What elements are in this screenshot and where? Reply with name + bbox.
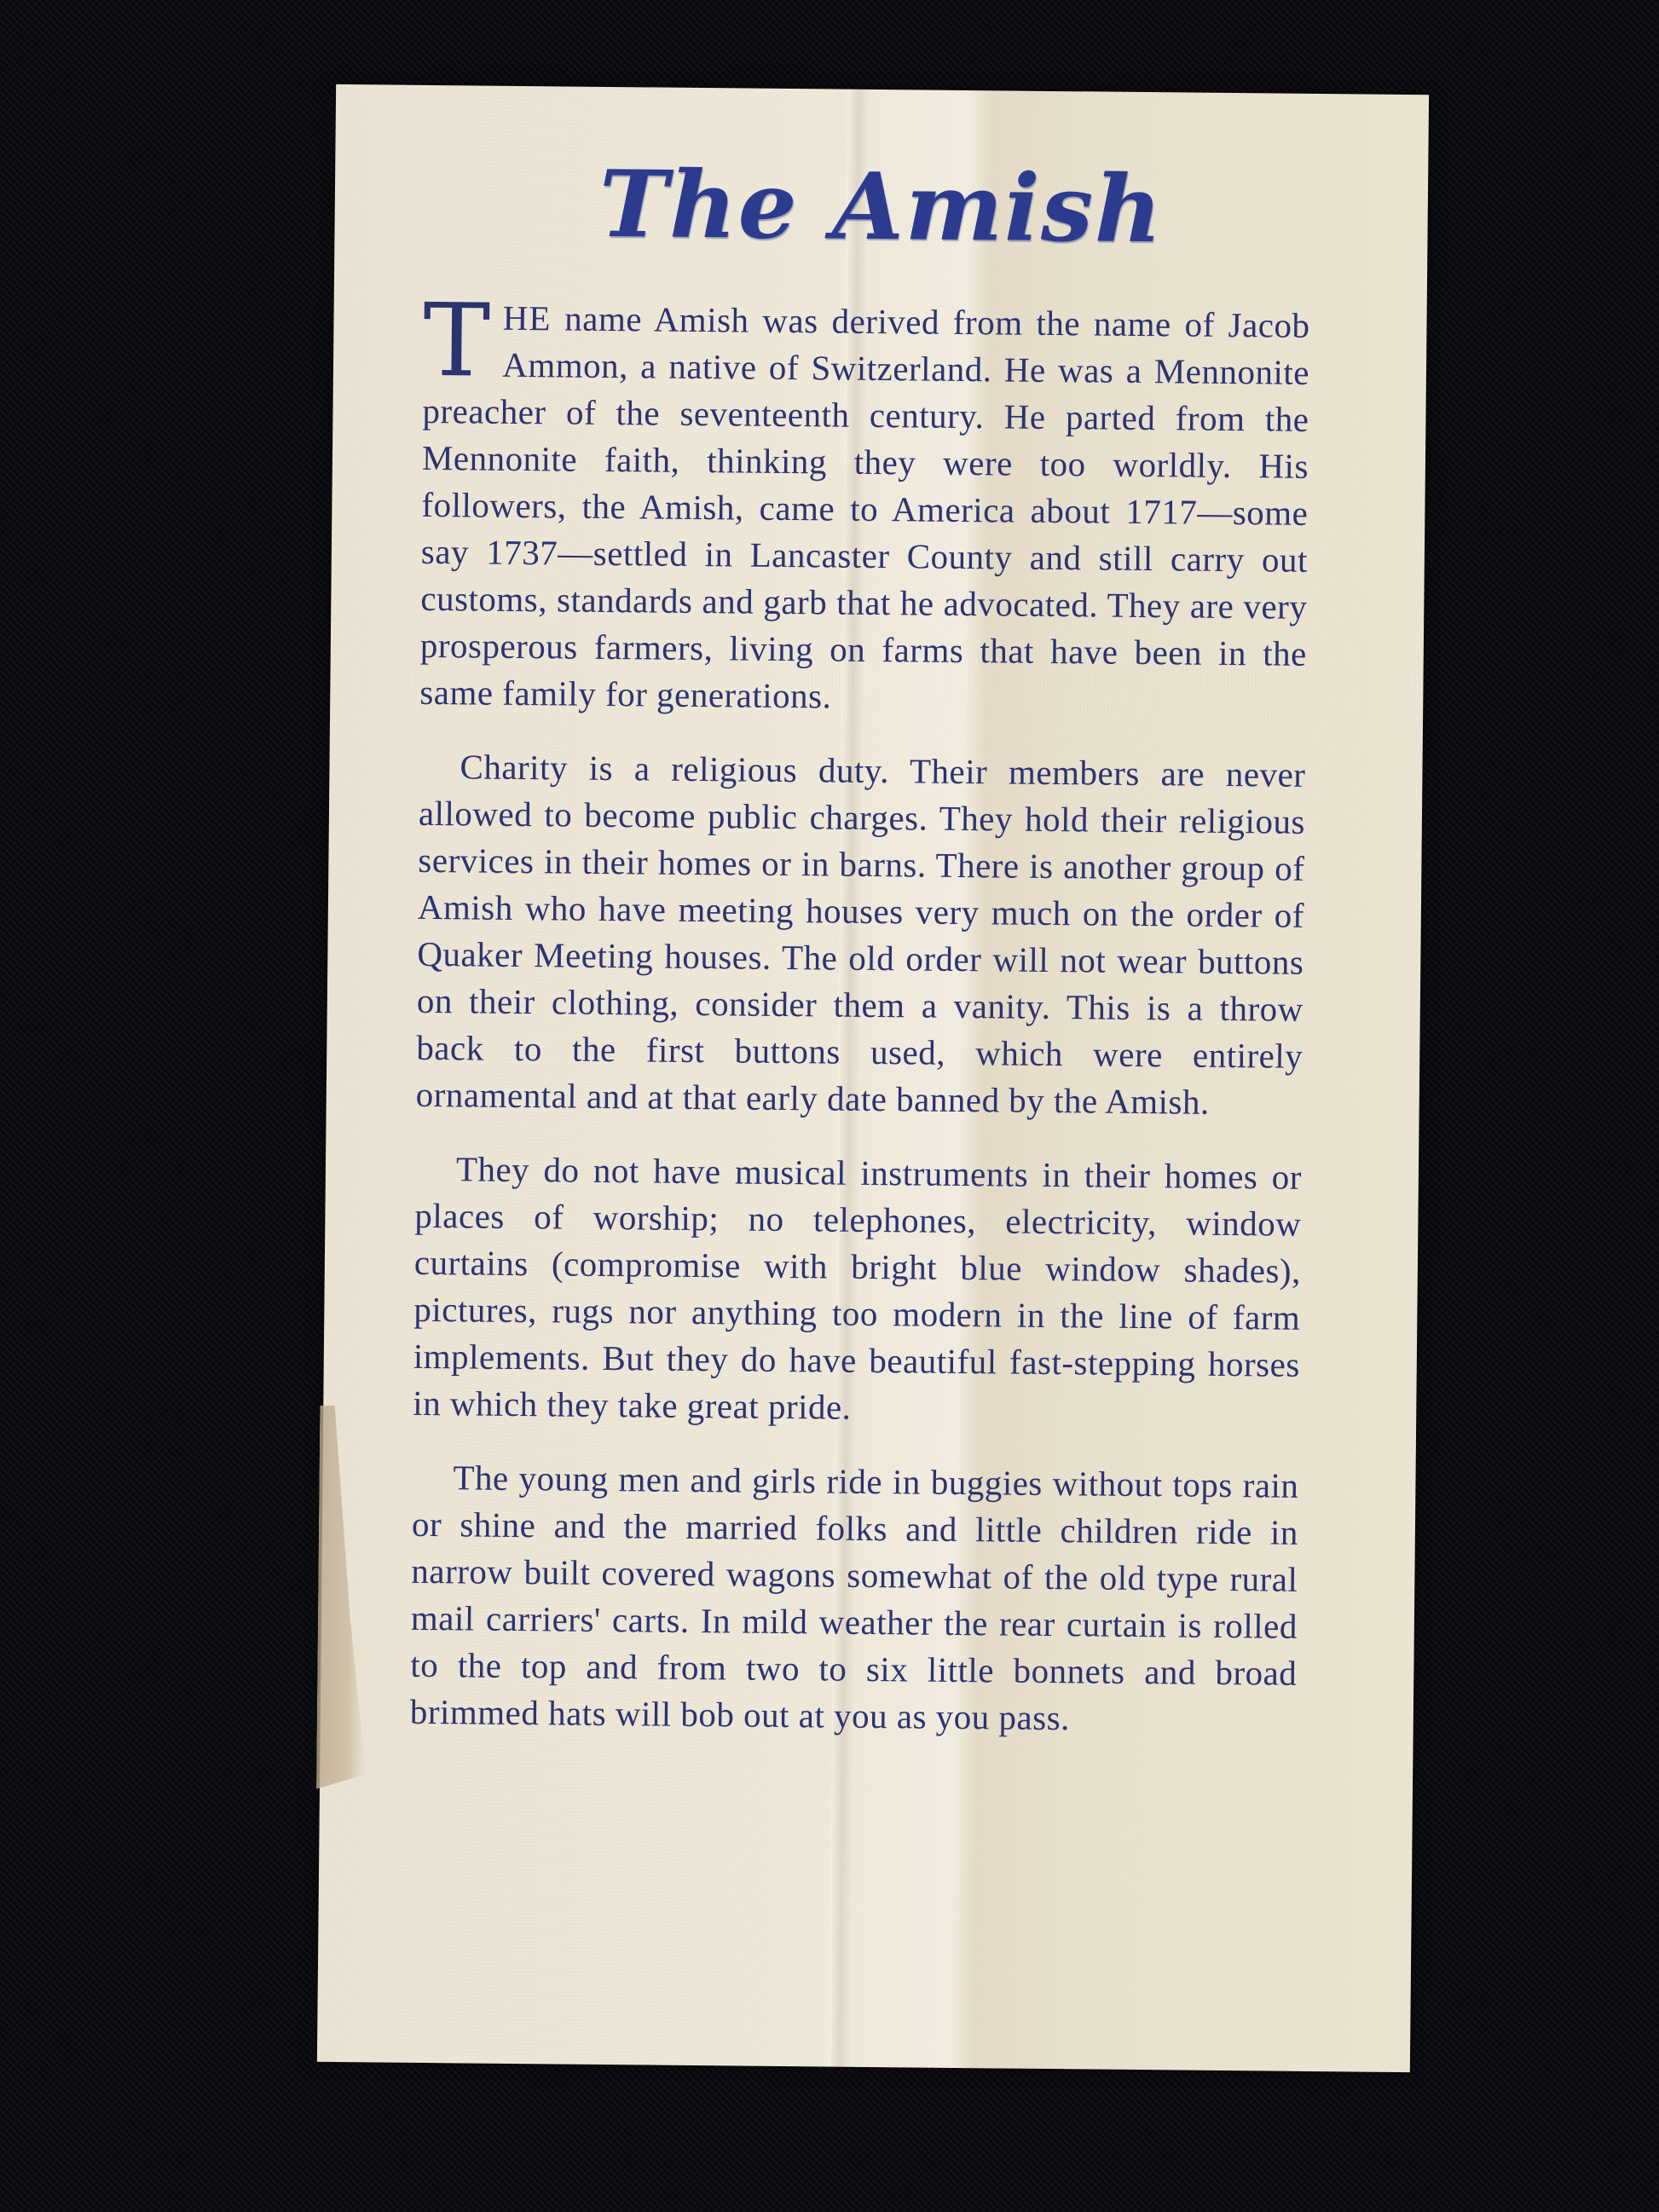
paragraph-text: name Amish was derived from the name of … bbox=[419, 298, 1310, 715]
drop-cap: T bbox=[423, 301, 491, 380]
amish-leaflet: The Amish THE name Amish was derived fro… bbox=[317, 84, 1429, 2072]
paragraph-restrictions: They do not have musical instruments in … bbox=[413, 1146, 1302, 1435]
torn-paper-edge bbox=[316, 1406, 369, 1790]
paragraph-charity: Charity is a religious duty. Their membe… bbox=[416, 743, 1306, 1127]
leaflet-body: THE name Amish was derived from the name… bbox=[409, 294, 1309, 1771]
lead-caps: HE bbox=[503, 298, 552, 338]
paragraph-buggies: The young men and girls ride in buggies … bbox=[410, 1454, 1299, 1744]
paragraph-origin: THE name Amish was derived from the name… bbox=[419, 294, 1310, 725]
leaflet-title: The Amish bbox=[334, 148, 1428, 266]
